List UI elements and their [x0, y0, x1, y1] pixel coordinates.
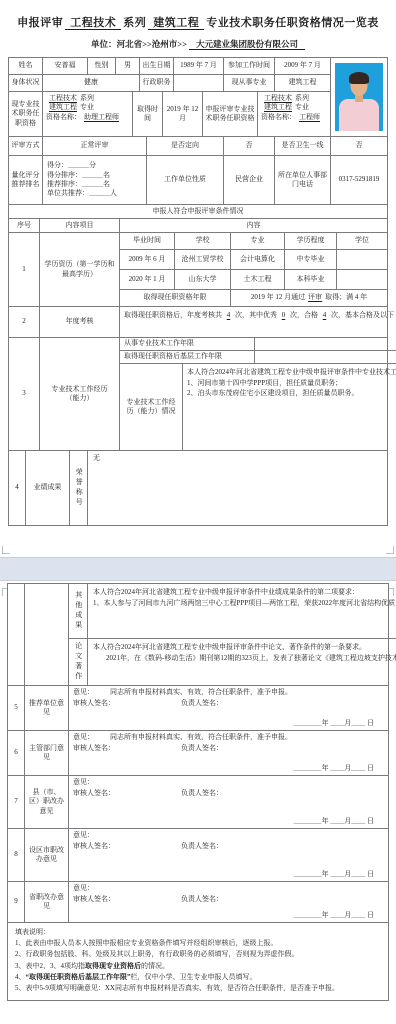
row-education: 1 学历资历（第一学历和最高学历） 毕业时间 学校 专业 学历程度 学位 200… [9, 232, 387, 306]
edu-h-degree-level: 学历程度 [284, 233, 336, 249]
opinion-5-label: 推荐单位意见 [24, 686, 68, 730]
top-block: 姓名 安普福 性别 男 出生日期 1989 年 7 月 参加工作时间 2009 … [9, 58, 387, 136]
annual-content: 取得现任职资格后，年度考核共 4 次，其中优秀 0 次，合格 4 次，基本合格及… [119, 307, 396, 337]
value-birth: 1989 年 7 月 [173, 58, 223, 74]
label-admin-duty: 行政职务 [139, 75, 173, 91]
edu-1-degree [336, 250, 387, 269]
form-title: 申报评审工程技术系列建筑工程专业技术职务任职资格情况一览表 [0, 14, 396, 30]
experience-no: 3 [9, 338, 39, 450]
label-apply-title: 申报评审专业技术职务任职资格 [202, 92, 257, 136]
edu-2-degree [336, 270, 387, 289]
label-review-mode: 评审方式 [9, 137, 42, 155]
row-achievement-cont: 其他成果 本人符合2024年河北省建筑工程专业中级申报评审条件中业绩成果条件的第… [8, 584, 388, 685]
row-annual-review: 2 年度考核 取得现任职资格后，年度考核共 4 次，其中优秀 0 次，合格 4 … [9, 306, 387, 337]
section-header: 申报人符合申报评审条件情况 [9, 205, 387, 218]
row-opinion-7: 7 县（市、区）职改办意见 意见： 审核人签名：负责人签名： ＿＿＿＿年 ＿＿月… [8, 775, 388, 828]
label-obtain-time: 取得时间 [132, 92, 162, 136]
edu-h-degree: 学位 [336, 233, 387, 249]
title-prefix: 申报评审 [17, 17, 63, 29]
papers-label: 论文著作 [69, 639, 87, 685]
label-hr-phone: 所在单位人事部门电话 [274, 156, 330, 204]
exp-base-years-value [254, 351, 396, 363]
opinion-6-no: 6 [8, 731, 24, 775]
opinion-8-no: 8 [8, 829, 24, 881]
value-gender: 男 [115, 58, 139, 74]
achievement-honor-label: 荣誉称号 [69, 451, 87, 525]
opinion-7-signatures: 审核人签名：负责人签名： [73, 789, 384, 798]
label-score-rank: 量化评分推荐排名 [9, 156, 42, 204]
title-series-underlined: 工程技术 [65, 17, 121, 30]
edu-2-date: 2020 年 1 月 [120, 270, 174, 289]
other-results-row: 其他成果 本人符合2024年河北省建筑工程专业中级申报评审条件中业绩成果条件的第… [69, 584, 396, 638]
exp-years-row: 从事专业技术工作年限 4 [120, 338, 396, 350]
edu-row-1: 2009 年 6 月 沧州工贸学校 会计电算化 中专毕业 [120, 249, 387, 269]
value-unit-nature: 民营企业 [223, 156, 274, 204]
label-current-title: 现专业技术职务任职资格 [9, 92, 42, 136]
opinion-7-no: 7 [8, 776, 24, 828]
education-subtable: 毕业时间 学校 专业 学历程度 学位 2009 年 6 月 沧州工贸学校 会计电… [119, 233, 387, 306]
id-photo [335, 63, 383, 131]
label-health: 身体状况 [9, 75, 42, 91]
opinion-6-signatures: 审核人签名：负责人签名： [73, 744, 384, 753]
apply-qual-line: 资格名称：工程师 [261, 113, 327, 122]
papers-row: 论文著作 本人符合2024年河北省建筑工程专业中级申报评审条件中论文、著作条件的… [69, 638, 396, 685]
opinion-7-line: 意见： [73, 778, 384, 787]
edu-h-date: 毕业时间 [120, 233, 174, 249]
notes-block: 填表说明： 1、此表由申报人员本人按照申报相应专业资格条件填写并经组织审核后，逐… [8, 923, 388, 1000]
opinion-9-line: 意见： [73, 884, 384, 893]
value-health-frontline: 否 [330, 137, 387, 155]
label-birth: 出生日期 [139, 58, 173, 74]
edu-1-school: 沧州工贸学校 [174, 250, 230, 269]
experience-subtable: 从事专业技术工作年限 4 取得现任职资格后基层工作年限 专业技术工作经历（能力）… [119, 338, 396, 450]
score-line-2: 得分排序：＿＿＿名 [47, 171, 142, 180]
row-name: 姓名 安普福 性别 男 出生日期 1989 年 7 月 参加工作时间 2009 … [9, 58, 330, 74]
cont-no-cell [8, 584, 24, 685]
achievement-content: 无 [87, 451, 387, 525]
row-opinion-6: 6 主管部门意见 意见：同志所有申报材料真实、有效，符合任职条件，准予申报。 审… [8, 730, 388, 775]
note-5: 5、表中5-9项填写明确意见：XX同志所有申报材料是否真实、有效，是否符合任职条… [15, 983, 381, 994]
page-2: 其他成果 本人符合2024年河北省建筑工程专业中级申报评审条件中业绩成果条件的第… [0, 557, 396, 1001]
top-left-block: 姓名 安普福 性别 男 出生日期 1989 年 7 月 参加工作时间 2009 … [9, 58, 330, 136]
value-health: 健康 [42, 75, 139, 91]
exp-years-value: 4 [254, 338, 396, 350]
unit-line: 单位：河北省>>沧州市>>大元建业集团股份有限公司 [0, 38, 396, 50]
row-opinion-9: 9 省职改办意见 意见： 审核人签名：负责人签名： ＿＿＿＿年 ＿＿月＿＿ 日 [8, 881, 388, 922]
edu-2-level: 本科毕业 [284, 270, 336, 289]
row-notes: 填表说明： 1、此表由申报人员本人按照申报相应专业资格条件填写并经组织审核后，逐… [8, 922, 388, 1000]
exp-base-years-row: 取得现任职资格后基层工作年限 [120, 350, 396, 363]
label-unit-nature: 工作单位性质 [146, 156, 223, 204]
row-achievement: 4 业绩成果 荣誉称号 无 [9, 451, 387, 525]
edu-header-row: 毕业时间 学校 专业 学历程度 学位 [120, 233, 387, 249]
other-results-label: 其他成果 [69, 584, 87, 638]
row-score-rank: 量化评分推荐排名 得分：＿＿＿分 得分排序：＿＿＿名 推荐排序：＿＿＿名 单位共… [9, 155, 387, 204]
opinion-5-date: ＿＿＿＿年 ＿＿月＿＿ 日 [73, 719, 384, 728]
value-admin-duty [173, 75, 223, 91]
title-suffix: 专业技术职务任职资格情况一览表 [206, 17, 379, 29]
edu-row-2: 2020 年 1 月 山东大学 土木工程 本科毕业 [120, 269, 387, 289]
value-workstart: 2009 年 7 月 [274, 58, 330, 74]
exp-base-years-label: 取得现任职资格后基层工作年限 [120, 351, 254, 363]
label-workstart: 参加工作时间 [223, 58, 274, 74]
photo-shirt [339, 99, 379, 131]
opinion-9-label: 省职改办意见 [24, 882, 68, 922]
edu-years-row: 取得现任职资格年限 2019 年 12 月通过评审取得；满 4 年 [120, 289, 387, 306]
edu-2-major: 土木工程 [230, 270, 284, 289]
notes-title: 填表说明： [15, 927, 381, 938]
annual-item: 年度考核 [39, 307, 119, 337]
apply-major-line: 建筑工程专业 [261, 103, 327, 112]
current-qual-line: 资格名称：助理工程师 [46, 113, 129, 122]
opinion-6-line: 意见：同志所有申报材料真实、有效，符合任职条件，准予申报。 [73, 733, 384, 742]
row-current-title: 现专业技术职务任职资格 工程技术系列 建筑工程专业 资格名称：助理工程师 取得时… [9, 91, 330, 136]
row-section-header: 申报人符合申报评审条件情况 [9, 204, 387, 218]
edu-1-level: 中专毕业 [284, 250, 336, 269]
photo-hair [349, 72, 369, 84]
opinion-7-date: ＿＿＿＿年 ＿＿月＿＿ 日 [73, 817, 384, 826]
row-review-mode: 评审方式 正常评审 是否定向 否 是否卫生一线 否 [9, 136, 387, 155]
edu-years-label: 取得现任职资格年限 [120, 290, 230, 306]
value-name: 安普福 [42, 58, 87, 74]
opinion-5-line: 意见：同志所有申报材料真实、有效，符合任职条件，准予申报。 [73, 688, 384, 697]
opinion-6-date: ＿＿＿＿年 ＿＿月＿＿ 日 [73, 764, 384, 773]
edu-1-major: 会计电算化 [230, 250, 284, 269]
note-2: 2、行政职务包括股、科、处级及其以上职务，有行政职务的必须填写，否则视为弄虚作假… [15, 949, 381, 960]
unit-label: 单位： [91, 39, 117, 49]
value-hr-phone: 0317-5291819 [330, 156, 387, 204]
page1-corner-right [386, 546, 394, 554]
score-block: 得分：＿＿＿分 得分排序：＿＿＿名 推荐排序：＿＿＿名 单位共推荐：＿＿＿人 [42, 156, 146, 204]
col-header-item: 内容项目 [39, 219, 119, 232]
edu-h-major: 专业 [230, 233, 284, 249]
page2-table: 其他成果 本人符合2024年河北省建筑工程专业中级申报评审条件中业绩成果条件的第… [7, 583, 389, 1001]
experience-item: 专业技术工作经历（能力） [39, 338, 119, 450]
score-line-1: 得分：＿＿＿分 [47, 161, 142, 170]
label-gender: 性别 [87, 58, 115, 74]
achievement-item: 业绩成果 [25, 451, 69, 525]
achievement-table: 4 业绩成果 荣誉称号 无 [8, 450, 388, 526]
current-title-block: 工程技术系列 建筑工程专业 资格名称：助理工程师 [42, 92, 132, 136]
score-line-4: 单位共推荐：＿＿＿人 [47, 189, 142, 198]
edu-2-school: 山东大学 [174, 270, 230, 289]
opinion-7-content: 意见： 审核人签名：负责人签名： ＿＿＿＿年 ＿＿月＿＿ 日 [68, 776, 388, 828]
opinion-5-content: 意见：同志所有申报材料真实、有效，符合任职条件，准予申报。 审核人签名：负责人签… [68, 686, 388, 730]
basic-info-table: 姓名 安普福 性别 男 出生日期 1989 年 7 月 参加工作时间 2009 … [8, 57, 388, 451]
unit-region: 河北省>>沧州市>> [117, 39, 187, 49]
exp-detail-label: 专业技术工作经历（能力）情况 [120, 364, 182, 450]
opinion-9-date: ＿＿＿＿年 ＿＿月＿＿ 日 [73, 911, 384, 920]
row-experience: 3 专业技术工作经历（能力） 从事专业技术工作年限 4 取得现任职资格后基层工作… [9, 337, 387, 450]
opinion-6-label: 主管部门意见 [24, 731, 68, 775]
value-directional: 否 [223, 137, 274, 155]
edu-h-school: 学校 [174, 233, 230, 249]
exp-detail-row: 专业技术工作经历（能力）情况 本人符合2024年河北省建筑工程专业中级申报评审条… [120, 363, 396, 450]
education-no: 1 [9, 233, 39, 306]
label-name: 姓名 [9, 58, 42, 74]
col-header-no: 序号 [9, 219, 39, 232]
page1-corner-left [2, 546, 10, 554]
edu-1-date: 2009 年 6 月 [120, 250, 174, 269]
achievement-no: 4 [9, 451, 25, 525]
exp-detail-content: 本人符合2024年河北省建筑工程专业中级申报评审条件中专业技术工作经历（能力）情… [182, 364, 396, 450]
cont-subtable: 其他成果 本人符合2024年河北省建筑工程专业中级申报评审条件中业绩成果条件的第… [68, 584, 396, 685]
opinion-6-content: 意见：同志所有申报材料真实、有效，符合任职条件，准予申报。 审核人签名：负责人签… [68, 731, 388, 775]
page-1: 申报评审工程技术系列建筑工程专业技术职务任职资格情况一览表 单位：河北省>>沧州… [0, 0, 396, 557]
value-review-mode: 正常评审 [42, 137, 146, 155]
title-mid: 系列 [123, 17, 146, 29]
value-profession: 建筑工程 [274, 75, 330, 91]
opinion-9-content: 意见： 审核人签名：负责人签名： ＿＿＿＿年 ＿＿月＿＿ 日 [68, 882, 388, 922]
opinion-5-signatures: 审核人签名：负责人签名： [73, 699, 384, 708]
title-major-underlined: 建筑工程 [148, 17, 204, 30]
apply-title-block: 工程技术系列 建筑工程专业 资格名称：工程师 [257, 92, 330, 136]
photo-cell [330, 58, 387, 136]
value-obtain-time: 2019 年 12 月 [162, 92, 202, 136]
opinion-8-signatures: 审核人签名：负责人签名： [73, 842, 384, 851]
opinion-8-date: ＿＿＿＿年 ＿＿月＿＿ 日 [73, 870, 384, 879]
opinion-8-label: 设区市职改办意见 [24, 829, 68, 881]
opinion-8-line: 意见： [73, 831, 384, 840]
edu-years-value: 2019 年 12 月通过评审取得；满 4 年 [230, 290, 387, 306]
opinion-9-no: 9 [8, 882, 24, 922]
papers-content: 本人符合2024年河北省建筑工程专业中级申报评审条件中论文、著作条件的第一条要求… [87, 639, 396, 685]
note-4: 4、“取得现任职资格后基层工作年限”栏，仅中小学、卫生专业申报人员填写。 [15, 972, 381, 983]
opinion-7-label: 县（市、区）职改办意见 [24, 776, 68, 828]
note-3: 3、表中2、3、4项均指取得现专业资格后的情况。 [15, 961, 381, 972]
label-health-frontline: 是否卫生一线 [274, 137, 330, 155]
row-opinion-8: 8 设区市职改办意见 意见： 审核人签名：负责人签名： ＿＿＿＿年 ＿＿月＿＿ … [8, 828, 388, 881]
note-1: 1、此表由申报人员本人按照申报相应专业资格条件填写并经组织审核后，逐级上报。 [15, 938, 381, 949]
current-major-line: 建筑工程专业 [46, 103, 129, 112]
opinion-5-no: 5 [8, 686, 24, 730]
annual-no: 2 [9, 307, 39, 337]
row-opinion-5: 5 推荐单位意见 意见：同志所有申报材料真实、有效，符合任职条件，准予申报。 审… [8, 685, 388, 730]
other-results-content: 本人符合2024年河北省建筑工程专业中级申报评审条件中业绩成果条件的第二项要求：… [87, 584, 396, 638]
row-col-headers: 序号 内容项目 内容 [9, 218, 387, 232]
cont-item-cell [24, 584, 68, 685]
label-profession: 现从事专业 [223, 75, 274, 91]
opinion-9-signatures: 审核人签名：负责人签名： [73, 895, 384, 904]
opinion-8-content: 意见： 审核人签名：负责人签名： ＿＿＿＿年 ＿＿月＿＿ 日 [68, 829, 388, 881]
exp-years-label: 从事专业技术工作年限 [120, 338, 254, 350]
row-health: 身体状况 健康 行政职务 现从事专业 建筑工程 [9, 74, 330, 91]
col-header-content: 内容 [119, 219, 387, 232]
label-directional: 是否定向 [146, 137, 223, 155]
education-item: 学历资历（第一学历和最高学历） [39, 233, 119, 306]
unit-company-underlined: 大元建业集团股份有限公司 [189, 39, 305, 50]
